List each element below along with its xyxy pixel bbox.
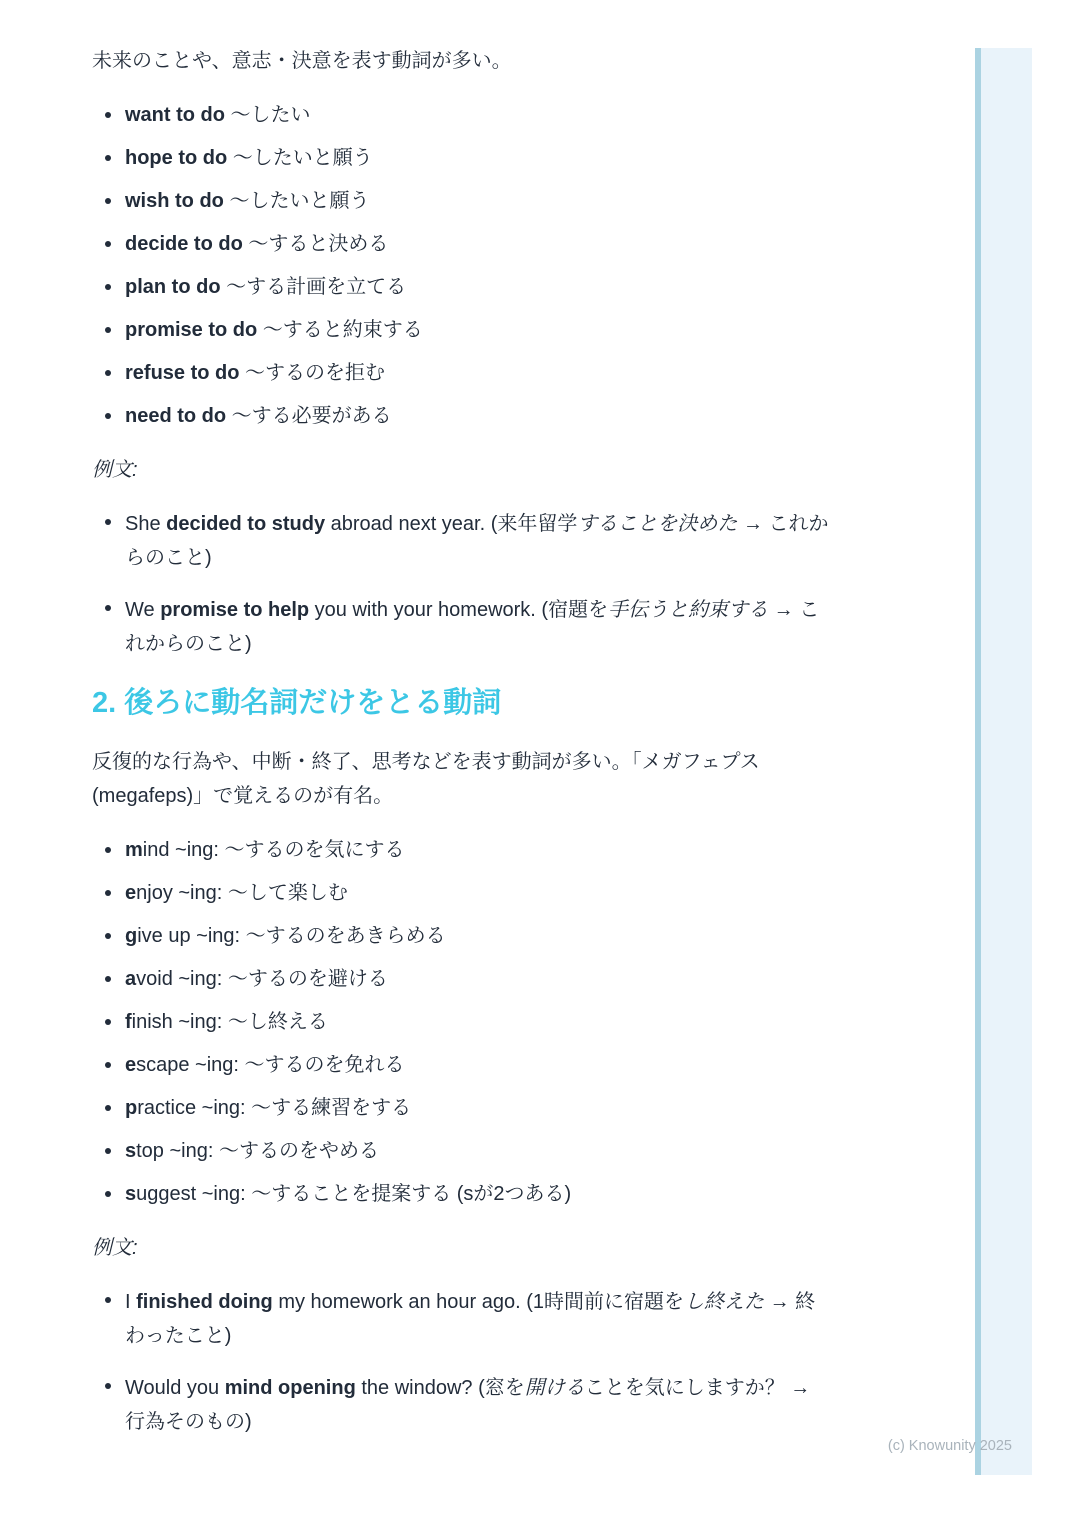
verb-meaning: 〜したい	[231, 104, 311, 126]
examples-label: 例文:	[92, 453, 830, 487]
examples-label: 例文:	[92, 1231, 830, 1265]
verb-meaning: 〜し終える	[228, 1011, 328, 1033]
verb-phrase: top ~ing:	[136, 1140, 213, 1162]
example-sentence: Would you mind opening the window? (窓を開け…	[92, 1371, 830, 1439]
copyright-notice: (c) Knowunity 2025	[888, 1438, 1012, 1454]
megafeps-letter: f	[125, 1011, 132, 1033]
verb-meaning: 〜するのをあきらめる	[246, 925, 446, 947]
decorative-right-ribbon	[975, 48, 1032, 1475]
verb-meaning: 〜するのを避ける	[228, 968, 388, 990]
verb-phrase: promise to do	[125, 319, 257, 341]
megafeps-letter: g	[125, 925, 137, 947]
verb-list-item: promise to do 〜すると約束する	[92, 315, 830, 345]
verb-phrase: refuse to do	[125, 362, 239, 384]
section2-example-list: I finished doing my homework an hour ago…	[92, 1285, 830, 1439]
verb-phrase: void ~ing:	[136, 968, 222, 990]
verb-phrase: ive up ~ing:	[137, 925, 240, 947]
megafeps-letter: e	[125, 1054, 136, 1076]
verb-list-item: want to do 〜したい	[92, 100, 830, 130]
verb-meaning: 〜することを提案する (sが2つある)	[251, 1183, 571, 1205]
section1-example-list: She decided to study abroad next year. (…	[92, 507, 830, 661]
verb-list-item: plan to do 〜する計画を立てる	[92, 272, 830, 302]
verb-meaning: 〜したいと願う	[229, 190, 369, 212]
verb-phrase: plan to do	[125, 276, 221, 298]
verb-list-item: finish ~ing: 〜し終える	[92, 1007, 830, 1037]
verb-meaning: 〜するのをやめる	[219, 1140, 379, 1162]
verb-meaning: 〜して楽しむ	[228, 882, 348, 904]
verb-meaning: 〜する計画を立てる	[226, 276, 406, 298]
verb-phrase: ractice ~ing:	[137, 1097, 245, 1119]
verb-list-item: wish to do 〜したいと願う	[92, 186, 830, 216]
verb-meaning: 〜するのを拒む	[245, 362, 385, 384]
verb-list-item: avoid ~ing: 〜するのを避ける	[92, 964, 830, 994]
verb-list-item: decide to do 〜すると決める	[92, 229, 830, 259]
verb-meaning: 〜するのを気にする	[225, 839, 405, 861]
verb-list-item: hope to do 〜したいと願う	[92, 143, 830, 173]
verb-meaning: 〜したいと願う	[233, 147, 373, 169]
megafeps-letter: s	[125, 1183, 136, 1205]
verb-list-item: suggest ~ing: 〜することを提案する (sが2つある)	[92, 1179, 830, 1209]
verb-list-item: refuse to do 〜するのを拒む	[92, 358, 830, 388]
verb-phrase: uggest ~ing:	[136, 1183, 246, 1205]
section2-heading: 2. 後ろに動名詞だけをとる動詞	[92, 685, 830, 721]
verb-phrase: hope to do	[125, 147, 227, 169]
verb-phrase: scape ~ing:	[136, 1054, 239, 1076]
verb-list-item: enjoy ~ing: 〜して楽しむ	[92, 878, 830, 908]
megafeps-letter: s	[125, 1140, 136, 1162]
verb-meaning: 〜するのを免れる	[245, 1054, 405, 1076]
verb-phrase: want to do	[125, 104, 225, 126]
verb-meaning: 〜すると約束する	[263, 319, 423, 341]
verb-list-item: give up ~ing: 〜するのをあきらめる	[92, 921, 830, 951]
example-sentence: We promise to help you with your homewor…	[92, 593, 830, 661]
verb-list-item: stop ~ing: 〜するのをやめる	[92, 1136, 830, 1166]
section1-intro-paragraph: 未来のことや、意志・決意を表す動詞が多い。	[92, 44, 830, 78]
verb-meaning: 〜する練習をする	[251, 1097, 411, 1119]
document-content: 未来のことや、意志・決意を表す動詞が多い。 want to do 〜したい ho…	[92, 44, 830, 1461]
verb-phrase: inish ~ing:	[132, 1011, 223, 1033]
verb-phrase: need to do	[125, 405, 226, 427]
verb-phrase: decide to do	[125, 233, 243, 255]
verb-phrase: njoy ~ing:	[136, 882, 222, 904]
to-infinitive-verb-list: want to do 〜したい hope to do 〜したいと願う wish …	[92, 100, 830, 431]
gerund-verb-list: mind ~ing: 〜するのを気にする enjoy ~ing: 〜して楽しむ …	[92, 835, 830, 1209]
verb-phrase: ind ~ing:	[143, 839, 219, 861]
verb-meaning: 〜すると決める	[248, 233, 388, 255]
megafeps-letter: p	[125, 1097, 137, 1119]
verb-list-item: practice ~ing: 〜する練習をする	[92, 1093, 830, 1123]
verb-phrase: wish to do	[125, 190, 224, 212]
example-sentence: I finished doing my homework an hour ago…	[92, 1285, 830, 1353]
verb-list-item: mind ~ing: 〜するのを気にする	[92, 835, 830, 865]
megafeps-letter: e	[125, 882, 136, 904]
verb-list-item: need to do 〜する必要がある	[92, 401, 830, 431]
example-sentence: She decided to study abroad next year. (…	[92, 507, 830, 575]
megafeps-letter: m	[125, 839, 143, 861]
verb-list-item: escape ~ing: 〜するのを免れる	[92, 1050, 830, 1080]
megafeps-letter: a	[125, 968, 136, 990]
section2-intro-paragraph: 反復的な行為や、中断・終了、思考などを表す動詞が多い。「メガフェプス (mega…	[92, 745, 830, 813]
verb-meaning: 〜する必要がある	[232, 405, 392, 427]
